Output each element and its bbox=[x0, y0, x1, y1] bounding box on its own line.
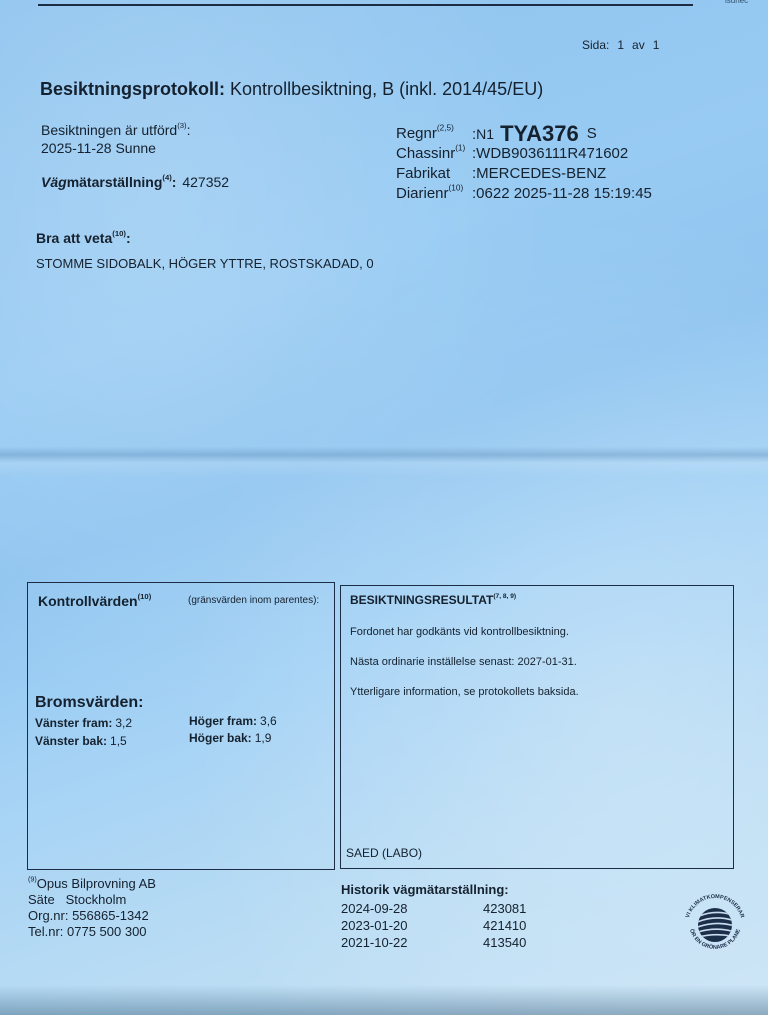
brake-values-heading: Bromsvärden: bbox=[35, 694, 143, 712]
regnr-row: Regnr(2,5) :N1 TYA376 S bbox=[396, 124, 652, 144]
brake-value: 3,6 bbox=[260, 714, 277, 728]
company-info: (9)Opus Bilprovning AB Säte Stockholm Or… bbox=[28, 876, 156, 940]
control-values-box: Kontrollvärden(10) (gränsvärden inom par… bbox=[27, 582, 335, 870]
odometer-label-italic: Väg bbox=[41, 174, 67, 190]
inspector-signature: SAED (LABO) bbox=[346, 846, 422, 860]
make-row: Fabrikat :MERCEDES-BENZ bbox=[396, 164, 652, 184]
seat-value: Stockholm bbox=[66, 892, 127, 907]
good-to-know-ref: (10) bbox=[112, 229, 126, 238]
good-to-know-label: Bra att veta bbox=[36, 230, 112, 246]
odometer-history-table: 2024-09-28423081 2023-01-20421410 2021-1… bbox=[341, 900, 526, 951]
result-ref: (7, 8, 9) bbox=[493, 593, 516, 600]
title-label: Besiktningsprotokoll: bbox=[40, 79, 225, 99]
brake-label: Vänster fram: bbox=[35, 716, 112, 730]
odometer-reading: Vägmätarställning(4): 427352 bbox=[41, 174, 229, 190]
odometer-ref: (4) bbox=[162, 173, 171, 182]
result-line-more-info: Ytterligare information, se protokollets… bbox=[350, 686, 579, 698]
header-rule bbox=[38, 4, 693, 6]
chassis-ref: (1) bbox=[455, 144, 465, 153]
corner-text: isunec bbox=[725, 0, 748, 5]
page-current: 1 bbox=[617, 38, 624, 52]
regnr-label: Regnr bbox=[396, 125, 437, 142]
result-line-approved: Fordonet har godkänts vid kontrollbesikt… bbox=[350, 626, 569, 638]
history-row: 2021-10-22413540 bbox=[341, 934, 526, 951]
brake-label: Höger bak: bbox=[189, 731, 252, 745]
limit-values-note: (gränsvärden inom parentes): bbox=[188, 595, 319, 606]
inspection-performed-value: 2025-11-28 Sunne bbox=[41, 140, 156, 156]
brake-value: 1,9 bbox=[255, 731, 272, 745]
page-indicator: Sida:1av1 bbox=[582, 38, 667, 52]
control-values-title: Kontrollvärden bbox=[38, 593, 138, 609]
result-title: BESIKTNINGSRESULTAT bbox=[350, 593, 493, 607]
history-value: 423081 bbox=[483, 900, 526, 917]
diary-number: 0622 2025-11-28 15:19:45 bbox=[476, 185, 652, 202]
climate-compensation-badge: VI KLIMATKOMPENSERAR FÖR EN GRÖNARE PLAN… bbox=[680, 890, 750, 960]
chassis-row: Chassinr(1) :WDB9036111R471602 bbox=[396, 144, 652, 164]
page-total: 1 bbox=[653, 38, 660, 52]
page-label: Sida: bbox=[582, 38, 609, 52]
brake-label: Höger fram: bbox=[189, 714, 257, 728]
company-seat-row: Säte Stockholm bbox=[28, 892, 156, 908]
chassis-number: WDB9036111R471602 bbox=[476, 145, 628, 162]
performed-ref: (3) bbox=[177, 121, 186, 130]
control-values-ref: (10) bbox=[138, 592, 152, 601]
diary-ref: (10) bbox=[449, 184, 464, 193]
odometer-label: mätarställning bbox=[67, 174, 163, 190]
inspection-performed-label: Besiktningen är utförd(3): bbox=[41, 122, 191, 138]
brake-value: 3,2 bbox=[115, 716, 132, 730]
odometer-history-heading: Historik vägmätarställning: bbox=[341, 882, 509, 897]
good-to-know-heading: Bra att veta(10): bbox=[36, 230, 131, 246]
title-value: Kontrollbesiktning, B (inkl. 2014/45/EU) bbox=[230, 79, 543, 99]
inspection-result-box: BESIKTNINGSRESULTAT(7, 8, 9) Fordonet ha… bbox=[340, 585, 734, 869]
globe-icon: VI KLIMATKOMPENSERAR FÖR EN GRÖNARE PLAN… bbox=[680, 890, 750, 960]
performed-label-text: Besiktningen är utförd bbox=[41, 122, 177, 138]
diary-row: Diarienr(10) :0622 2025-11-28 15:19:45 bbox=[396, 184, 652, 204]
history-row: 2023-01-20421410 bbox=[341, 917, 526, 934]
history-value: 421410 bbox=[483, 917, 526, 934]
company-phone: Tel.nr: 0775 500 300 bbox=[28, 924, 156, 940]
diary-label: Diarienr bbox=[396, 185, 449, 202]
company-name: Opus Bilprovning AB bbox=[37, 876, 156, 891]
page-of: av bbox=[632, 38, 645, 52]
odometer-value: 427352 bbox=[182, 174, 229, 190]
document-title: Besiktningsprotokoll: Kontrollbesiktning… bbox=[40, 79, 543, 100]
vehicle-info: Regnr(2,5) :N1 TYA376 S Chassinr(1) :WDB… bbox=[396, 124, 652, 204]
seat-label: Säte bbox=[28, 892, 55, 907]
history-date: 2021-10-22 bbox=[341, 934, 483, 951]
vehicle-class: N1 bbox=[476, 126, 494, 142]
regnr-ref: (2,5) bbox=[437, 124, 454, 133]
company-org-number: Org.nr: 556865-1342 bbox=[28, 908, 156, 924]
brake-right-front: Höger fram:3,6 bbox=[189, 714, 277, 728]
company-ref: (9) bbox=[28, 876, 37, 884]
history-row: 2024-09-28423081 bbox=[341, 900, 526, 917]
make-value: MERCEDES-BENZ bbox=[476, 165, 606, 182]
result-heading: BESIKTNINGSRESULTAT(7, 8, 9) bbox=[350, 593, 516, 607]
chassis-label: Chassinr bbox=[396, 145, 455, 162]
company-name-row: (9)Opus Bilprovning AB bbox=[28, 876, 156, 892]
brake-left-front: Vänster fram:3,2 bbox=[35, 716, 132, 730]
bottom-shadow bbox=[0, 985, 768, 1015]
brake-left-rear: Vänster bak:1,5 bbox=[35, 734, 127, 748]
good-to-know-text: STOMME SIDOBALK, HÖGER YTTRE, ROSTSKADAD… bbox=[36, 256, 374, 271]
history-date: 2024-09-28 bbox=[341, 900, 483, 917]
make-label: Fabrikat bbox=[396, 164, 472, 184]
brake-value: 1,5 bbox=[110, 734, 127, 748]
result-line-next-inspection: Nästa ordinarie inställelse senast: 2027… bbox=[350, 656, 577, 668]
brake-right-rear: Höger bak:1,9 bbox=[189, 731, 271, 745]
history-date: 2023-01-20 bbox=[341, 917, 483, 934]
regnr-suffix: S bbox=[587, 124, 597, 144]
history-value: 413540 bbox=[483, 934, 526, 951]
registration-number: TYA376 bbox=[500, 124, 579, 144]
control-values-heading: Kontrollvärden(10) bbox=[38, 593, 151, 609]
brake-label: Vänster bak: bbox=[35, 734, 107, 748]
